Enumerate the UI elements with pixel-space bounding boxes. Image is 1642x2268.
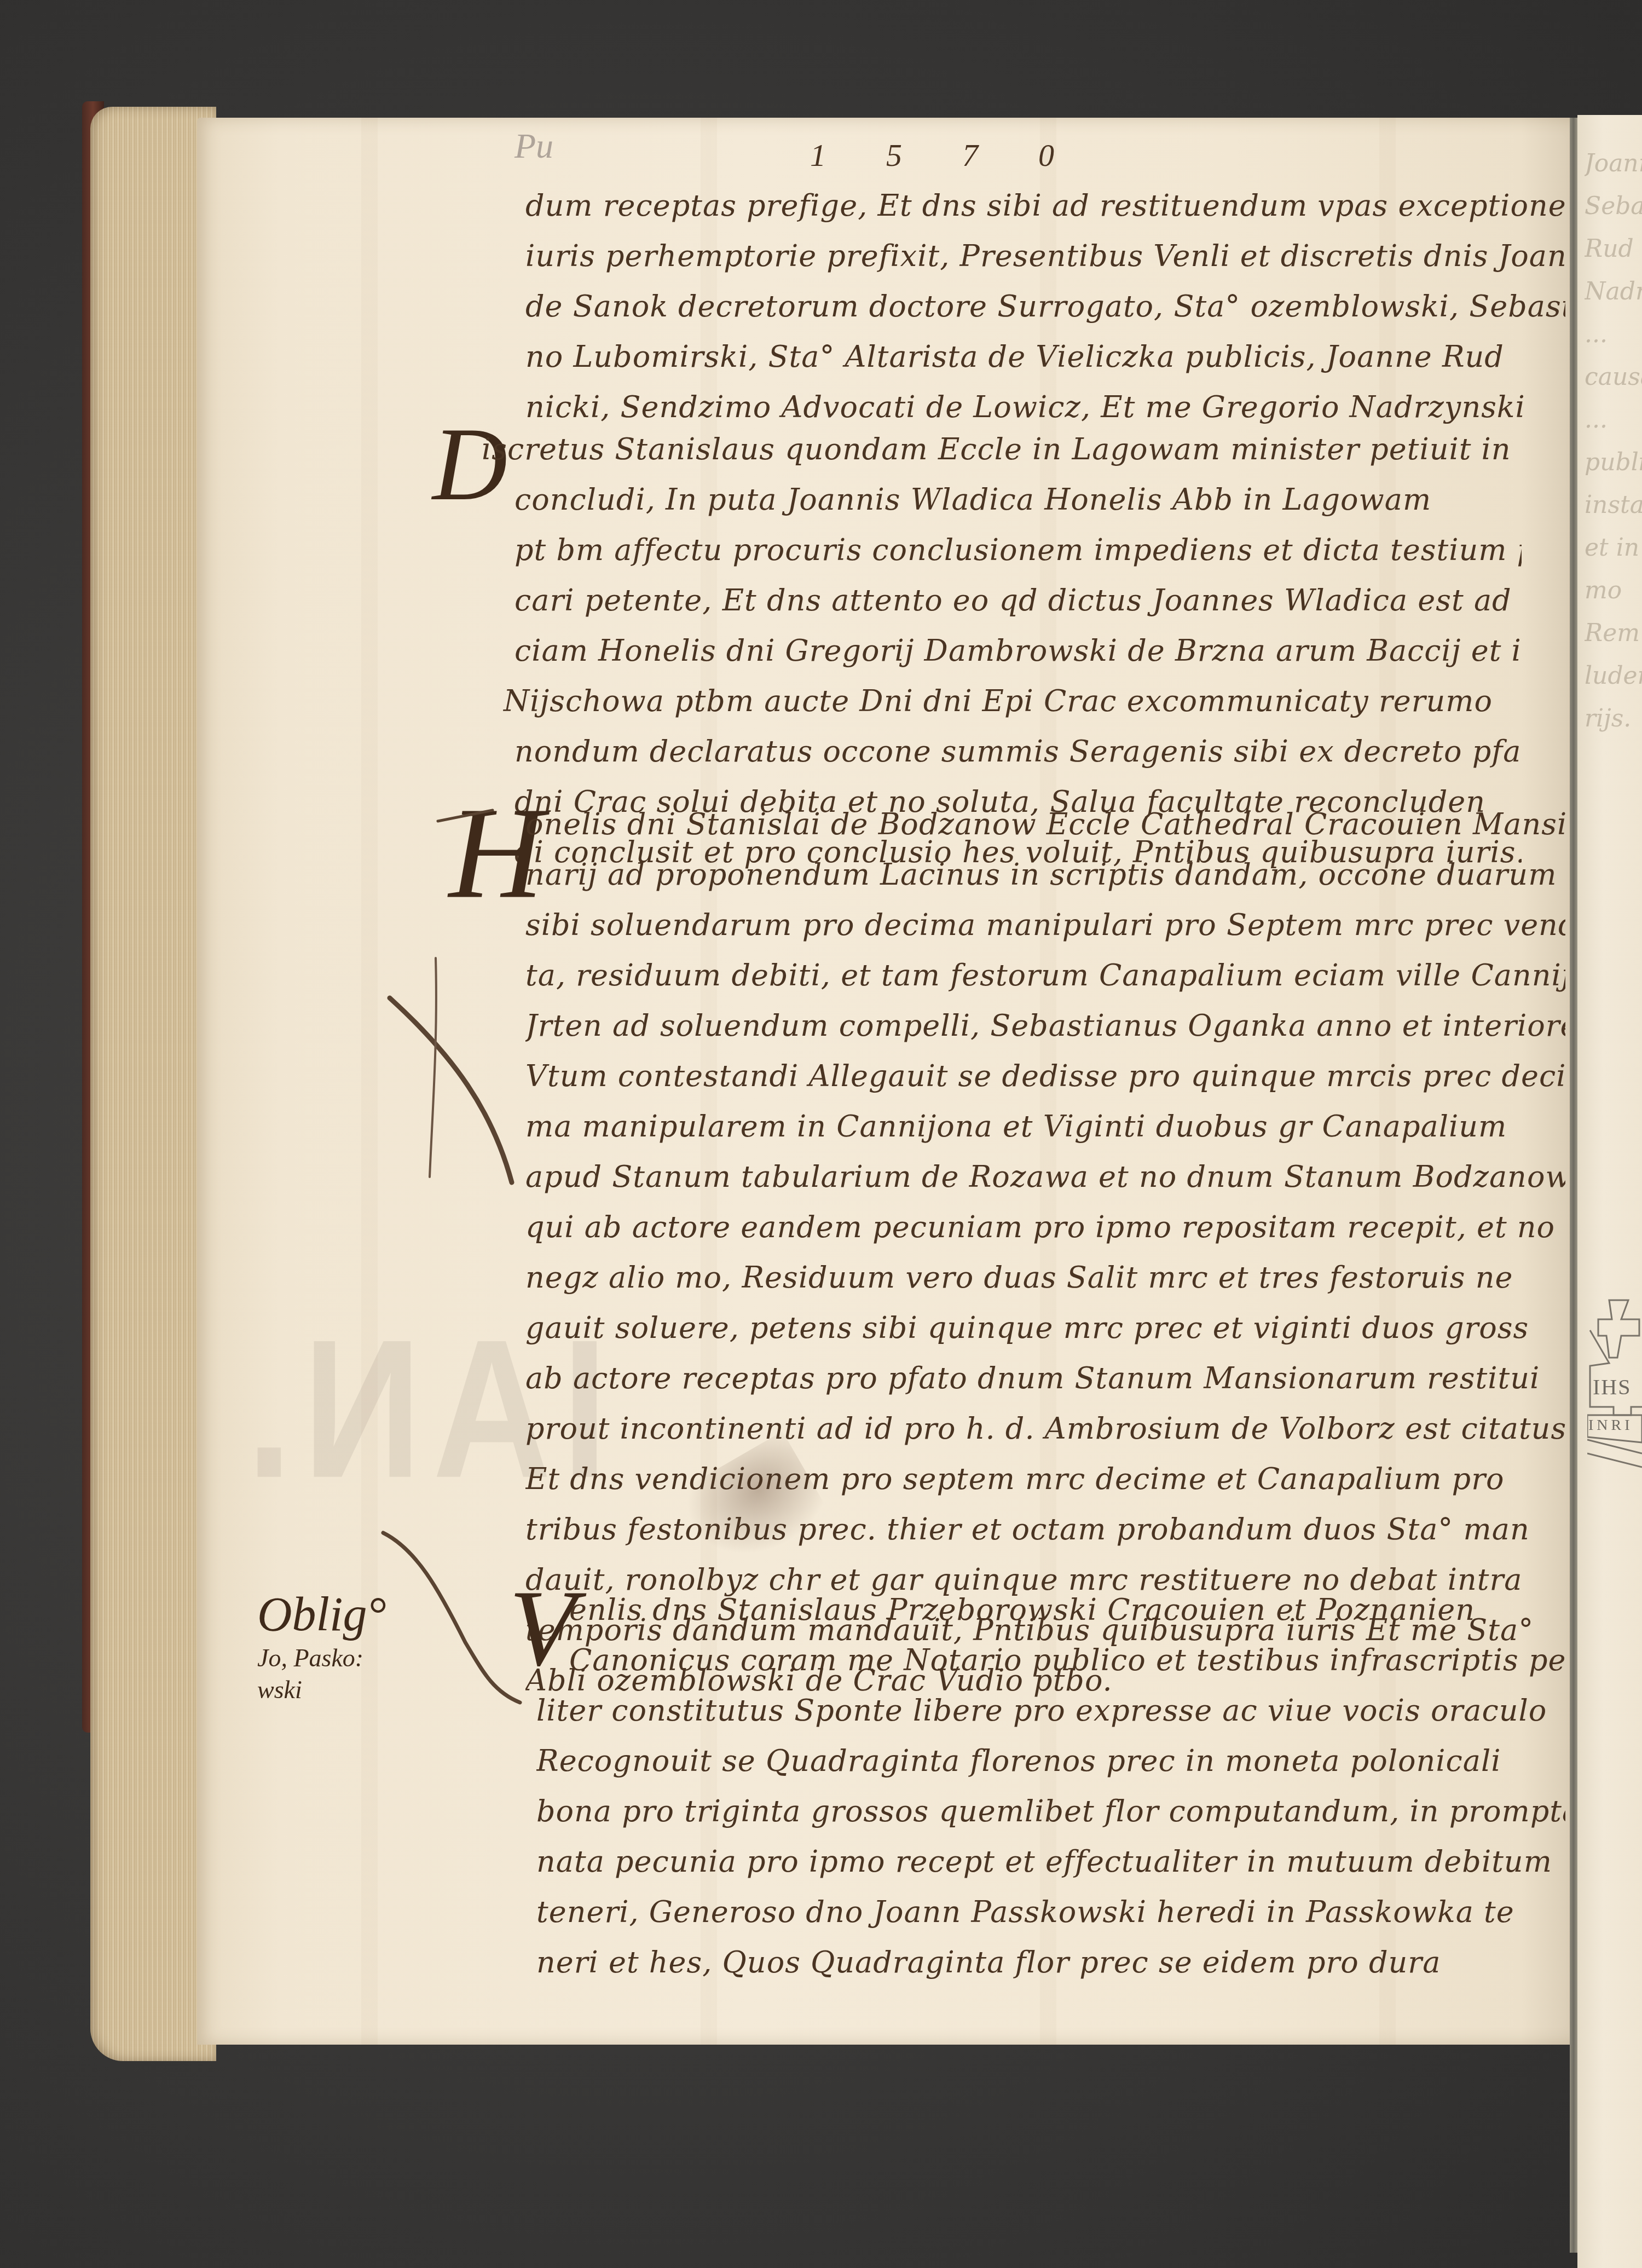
text-line: negz alio mo, Residuum vero duas Salit m…	[525, 1253, 1565, 1303]
ihs-label: IHS	[1593, 1374, 1631, 1400]
text-line: Nijschowa ptbm aucte Dni dni Epi Crac ex…	[482, 676, 1522, 726]
inri-label: INRI	[1588, 1417, 1633, 1434]
facing-page-ghost-line: Sebast	[1585, 185, 1642, 228]
text-line: neri et hes, Quos Quadraginta flor prec …	[536, 1937, 1565, 1988]
text-line: nondum declaratus occone summis Serageni…	[482, 726, 1522, 777]
text-line: ciam Honelis dni Gregorij Dambrowski de …	[482, 626, 1522, 676]
text-line: ma manipularem in Cannijona et Viginti d…	[525, 1101, 1565, 1152]
page-year-heading: 1570	[810, 137, 1114, 174]
facing-page-ghost-text: JoannSebastRudNadrz...causa...publiinsta…	[1585, 142, 1642, 740]
text-line: Vtum contestandi Allegauit se dedisse pr…	[525, 1051, 1565, 1101]
facing-page-ghost-line: ...	[1585, 313, 1642, 356]
text-line: pt bm affectu procuris conclusionem impe…	[482, 525, 1522, 575]
text-line: gauit soluere, petens sibi quinque mrc p…	[525, 1303, 1565, 1353]
text-line: Recognouit se Quadraginta florenos prec …	[536, 1736, 1565, 1786]
facing-page-ghost-line: instan	[1585, 484, 1642, 527]
text-line: apud Stanum tabularium de Rozawa et no d…	[525, 1152, 1565, 1202]
facing-page-ghost-line: Joann	[1585, 142, 1642, 185]
text-line: dum receptas prefige, Et dns sibi ad res…	[525, 181, 1565, 231]
margin-note-line: Jo, Pasko:	[257, 1642, 386, 1674]
text-line: Et dns vendicionem pro septem mrc decime…	[525, 1454, 1565, 1504]
text-line: iuris perhemptorie prefixit, Presentibus…	[525, 231, 1565, 281]
text-line: enlis dns Stanislaus Przeborowski Cracou…	[569, 1585, 1565, 1635]
text-line: cari petente, Et dns attento eo qd dictu…	[482, 575, 1522, 626]
text-line: narij ad proponendum Lacinus in scriptis…	[525, 850, 1565, 900]
text-line: ta, residuum debiti, et tam festorum Can…	[525, 950, 1565, 1001]
facing-page-ghost-line: mo	[1585, 569, 1642, 612]
text-line: concludi, In puta Joannis Wladica Honeli…	[482, 475, 1522, 525]
facing-page-ghost-line: publi	[1585, 441, 1642, 484]
initial-letter-v: V	[509, 1566, 576, 1691]
text-line: de Sanok decretorum doctore Surrogato, S…	[525, 281, 1565, 332]
text-line: bona pro triginta grossos quemlibet flor…	[536, 1786, 1565, 1837]
facing-page-ghost-line: ...	[1585, 399, 1642, 441]
text-line: sibi soluendarum pro decima manipulari p…	[525, 900, 1565, 950]
text-line: nata pecunia pro ipmo recept et effectua…	[536, 1837, 1565, 1887]
entry-continuation: dum receptas prefige, Et dns sibi ad res…	[525, 181, 1565, 432]
facing-page-ghost-line: Rem	[1585, 612, 1642, 655]
facing-page-ghost-line: rijs.	[1585, 697, 1642, 740]
margin-note-line: wski	[257, 1674, 386, 1706]
text-line: teneri, Generoso dno Joann Passkowski he…	[536, 1887, 1565, 1937]
facing-page-ghost-line: luden	[1585, 655, 1642, 697]
facing-page-ghost-line: causa	[1585, 356, 1642, 399]
text-line: prout incontinenti ad id pro h. d. Ambro…	[525, 1404, 1565, 1454]
entry-venerabilis: enlis dns Stanislaus Przeborowski Cracou…	[569, 1585, 1565, 1988]
facing-page-ghost-line: et in	[1585, 527, 1642, 569]
book-gutter	[1570, 118, 1577, 2253]
entry-honestus: onelis dni Stanislai de Bodzanow Eccle C…	[525, 799, 1565, 1706]
margin-note-line: Oblig°	[257, 1588, 386, 1642]
margin-note-obligatio: Oblig° Jo, Pasko: wski	[257, 1588, 386, 1706]
cross-drawing-icon: IHS INRI	[1587, 1297, 1642, 1478]
facing-page-ghost-line: Rud	[1585, 228, 1642, 270]
corner-mark: Pu	[514, 126, 553, 166]
text-line: Jrten ad soluendum compelli, Sebastianus…	[525, 1001, 1565, 1051]
text-line: ab actore receptas pro pfato dnum Stanum…	[525, 1353, 1565, 1404]
text-line: tribus festonibus prec. thier et octam p…	[525, 1504, 1565, 1555]
text-line: Canonicus coram me Notario publico et te…	[569, 1635, 1565, 1686]
text-line: no Lubomirski, Sta° Altarista de Vielicz…	[525, 332, 1565, 382]
text-line: iscretus Stanislaus quondam Eccle in Lag…	[482, 424, 1522, 475]
text-line: onelis dni Stanislai de Bodzanow Eccle C…	[525, 799, 1565, 850]
text-line: liter constitutus Sponte libere pro expr…	[536, 1686, 1565, 1736]
facing-page-ghost-line: Nadrz	[1585, 270, 1642, 313]
text-line: qui ab actore eandem pecuniam pro ipmo r…	[525, 1202, 1565, 1253]
